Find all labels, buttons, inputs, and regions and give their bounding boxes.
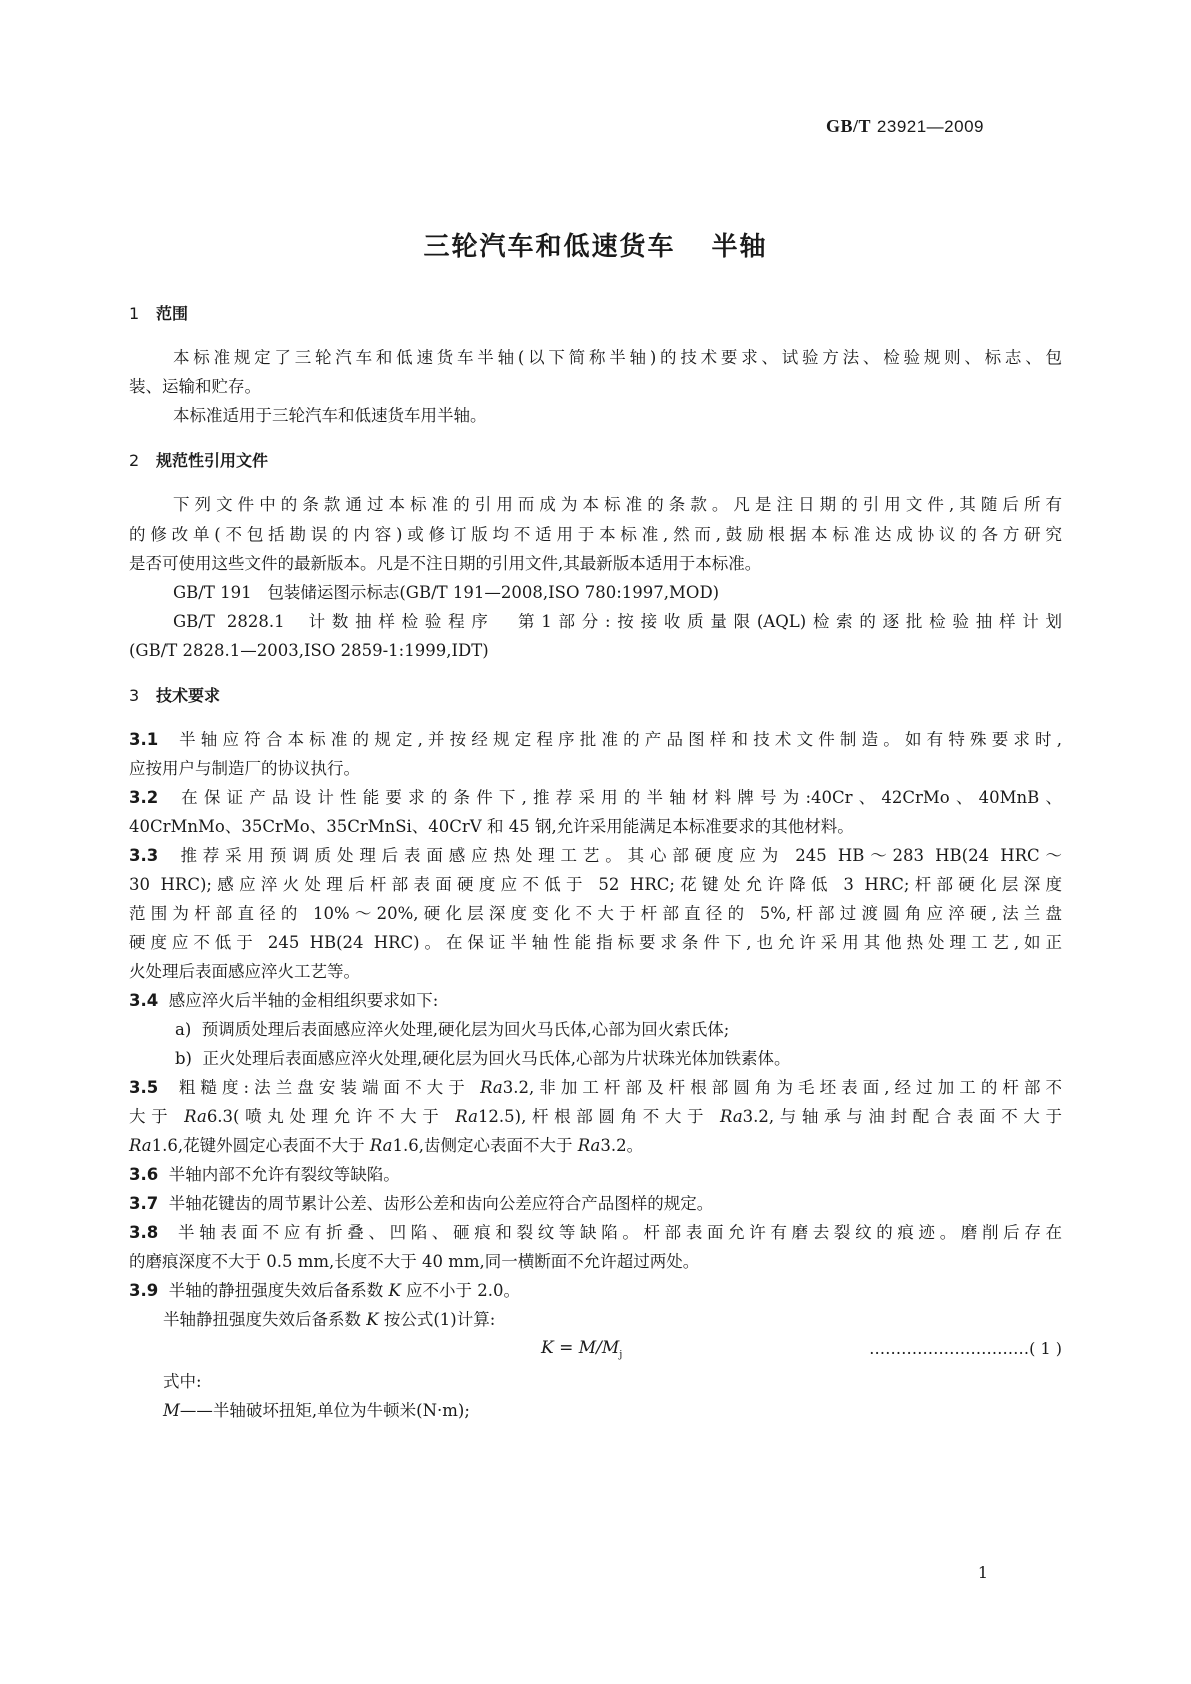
clause-3-3: 3.3 推荐采用预调质处理后表面感应热处理工艺。其心部硬度应为 245 HB～2…: [129, 842, 1062, 869]
page-number: 1: [978, 1563, 988, 1582]
clause-3-8-cont: 的磨痕深度不大于 0.5 mm,长度不大于 40 mm,同一横断面不允许超过两处…: [129, 1248, 699, 1275]
clause-3-9-formula-intro: 半轴静扭强度失效后备系数 K 按公式(1)计算:: [129, 1306, 495, 1333]
variable-definition: M——半轴破坏扭矩,单位为牛顿米(N·m);: [129, 1397, 470, 1424]
standard-prefix: GB/T: [826, 116, 871, 136]
formula-expression: K = M/Mj: [541, 1335, 622, 1368]
clause-3-9: 3.9 半轴的静扭强度失效后备系数 K 应不小于 2.0。: [129, 1277, 520, 1304]
reference-item: GB/T 191 包装储运图示标志(GB/T 191—2008,ISO 780:…: [129, 579, 719, 606]
clause-3-1-cont: 应按用户与制造厂的协议执行。: [129, 755, 360, 782]
list-item-a: a) 预调质处理后表面感应淬火处理,硬化层为回火马氏体,心部为回火索氏体;: [129, 1016, 729, 1043]
section-1-scope: 本标准适用于三轮汽车和低速货车用半轴。: [129, 402, 487, 429]
section-2-paragraph-cont2: 是否可使用这些文件的最新版本。凡是不注日期的引用文件,其最新版本适用于本标准。: [129, 550, 761, 577]
clause-3-3-cont: 30 HRC);感应淬火处理后杆部表面硬度应不低于 52 HRC;花键处允许降低…: [129, 871, 1062, 898]
clause-3-3-cont: 硬度应不低于 245 HB(24 HRC)。在保证半轴性能指标要求条件下,也允许…: [129, 929, 1062, 956]
formula-number: …………………………( 1 ): [869, 1335, 1062, 1362]
clause-3-2-cont: 40CrMnMo、35CrMo、35CrMnSi、40CrV 和 45 钢,允许…: [129, 813, 854, 840]
clause-3-3-cont: 范围为杆部直径的 10%～20%,硬化层深度变化不大于杆部直径的 5%,杆部过渡…: [129, 900, 1062, 927]
section-3-heading: 3技术要求: [129, 682, 220, 709]
clause-3-6: 3.6 半轴内部不允许有裂纹等缺陷。: [129, 1161, 400, 1188]
section-1-paragraph: 本标准规定了三轮汽车和低速货车半轴(以下简称半轴)的技术要求、试验方法、检验规则…: [129, 344, 1062, 371]
title-main: 三轮汽车和低速货车: [423, 232, 675, 262]
document-title: 三轮汽车和低速货车半轴: [0, 226, 1191, 263]
list-item-b: b) 正火处理后表面感应淬火处理,硬化层为回火马氏体,心部为片状珠光体加铁素体。: [129, 1045, 791, 1072]
section-1-heading: 1范围: [129, 300, 188, 327]
where-label: 式中:: [129, 1368, 202, 1395]
reference-item: GB/T 2828.1 计数抽样检验程序 第1部分:按接收质量限(AQL)检索的…: [129, 608, 1062, 635]
clause-3-5-cont: 大于 Ra6.3(喷丸处理允许不大于 Ra12.5),杆根部圆角不大于 Ra3.…: [129, 1103, 1062, 1130]
clause-3-5-cont: Ra1.6,花键外圆定心表面不大于 Ra1.6,齿侧定心表面不大于 Ra3.2。: [129, 1132, 643, 1159]
title-sub: 半轴: [712, 232, 768, 262]
clause-3-4: 3.4 感应淬火后半轴的金相组织要求如下:: [129, 987, 438, 1014]
section-2-paragraph-cont: 的修改单(不包括勘误的内容)或修订版均不适用于本标准,然而,鼓励根据本标准达成协…: [129, 521, 1062, 548]
clause-3-7: 3.7 半轴花键齿的周节累计公差、齿形公差和齿向公差应符合产品图样的规定。: [129, 1190, 713, 1217]
section-1-paragraph-cont: 装、运输和贮存。: [129, 373, 261, 400]
clause-3-1: 3.1 半轴应符合本标准的规定,并按经规定程序批准的产品图样和技术文件制造。如有…: [129, 726, 1062, 753]
clause-3-2: 3.2 在保证产品设计性能要求的条件下,推荐采用的半轴材料牌号为:40Cr、42…: [129, 784, 1062, 811]
section-2-heading: 2规范性引用文件: [129, 447, 268, 474]
standard-code: 23921—2009: [877, 117, 984, 136]
clause-3-5: 3.5 粗糙度:法兰盘安装端面不大于 Ra3.2,非加工杆部及杆根部圆角为毛坯表…: [129, 1074, 1062, 1101]
section-2-paragraph: 下列文件中的条款通过本标准的引用而成为本标准的条款。凡是注日期的引用文件,其随后…: [129, 491, 1062, 518]
reference-item-cont: (GB/T 2828.1—2003,ISO 2859-1:1999,IDT): [129, 637, 489, 664]
formula-1: K = M/Mj …………………………( 1 ): [129, 1335, 1062, 1362]
standard-number: GB/T 23921—2009: [826, 116, 984, 137]
clause-3-3-cont: 火处理后表面感应淬火工艺等。: [129, 958, 360, 985]
clause-3-8: 3.8 半轴表面不应有折叠、凹陷、砸痕和裂纹等缺陷。杆部表面允许有磨去裂纹的痕迹…: [129, 1219, 1062, 1246]
